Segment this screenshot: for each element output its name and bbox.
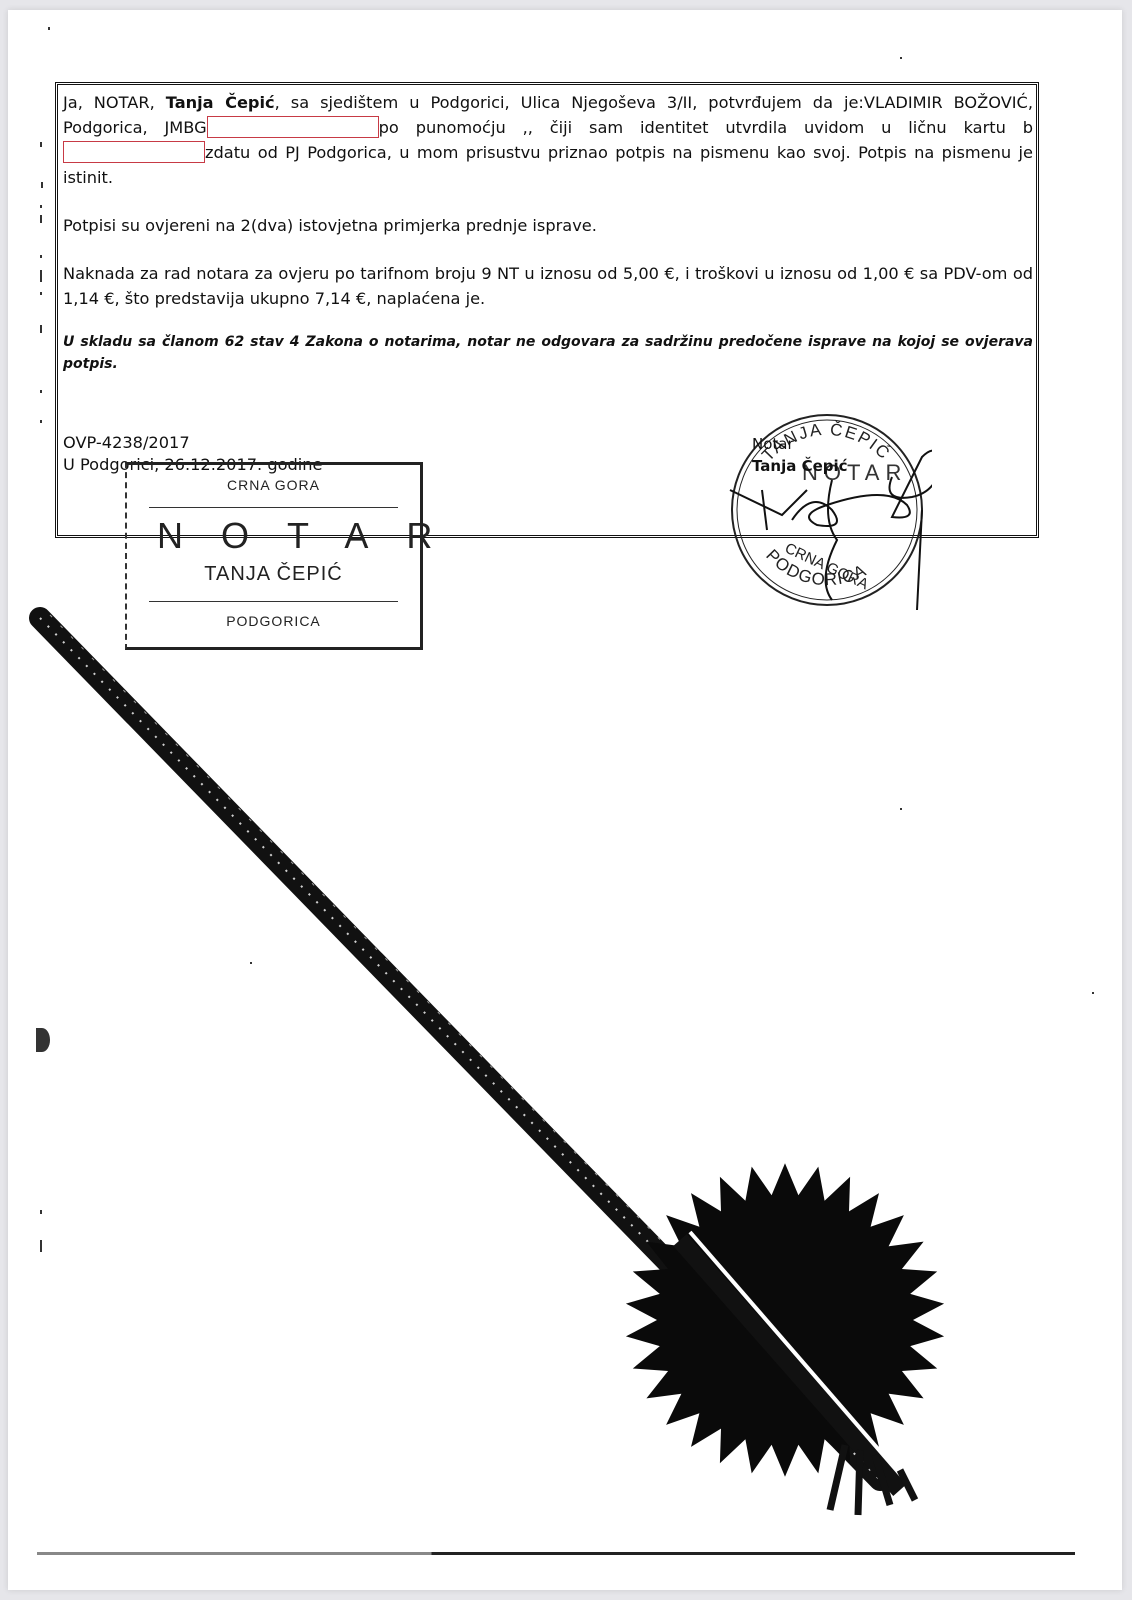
cord-and-seal xyxy=(0,0,1132,1600)
bottom-border-line xyxy=(37,1552,1075,1555)
wax-seal-icon xyxy=(626,1163,944,1477)
